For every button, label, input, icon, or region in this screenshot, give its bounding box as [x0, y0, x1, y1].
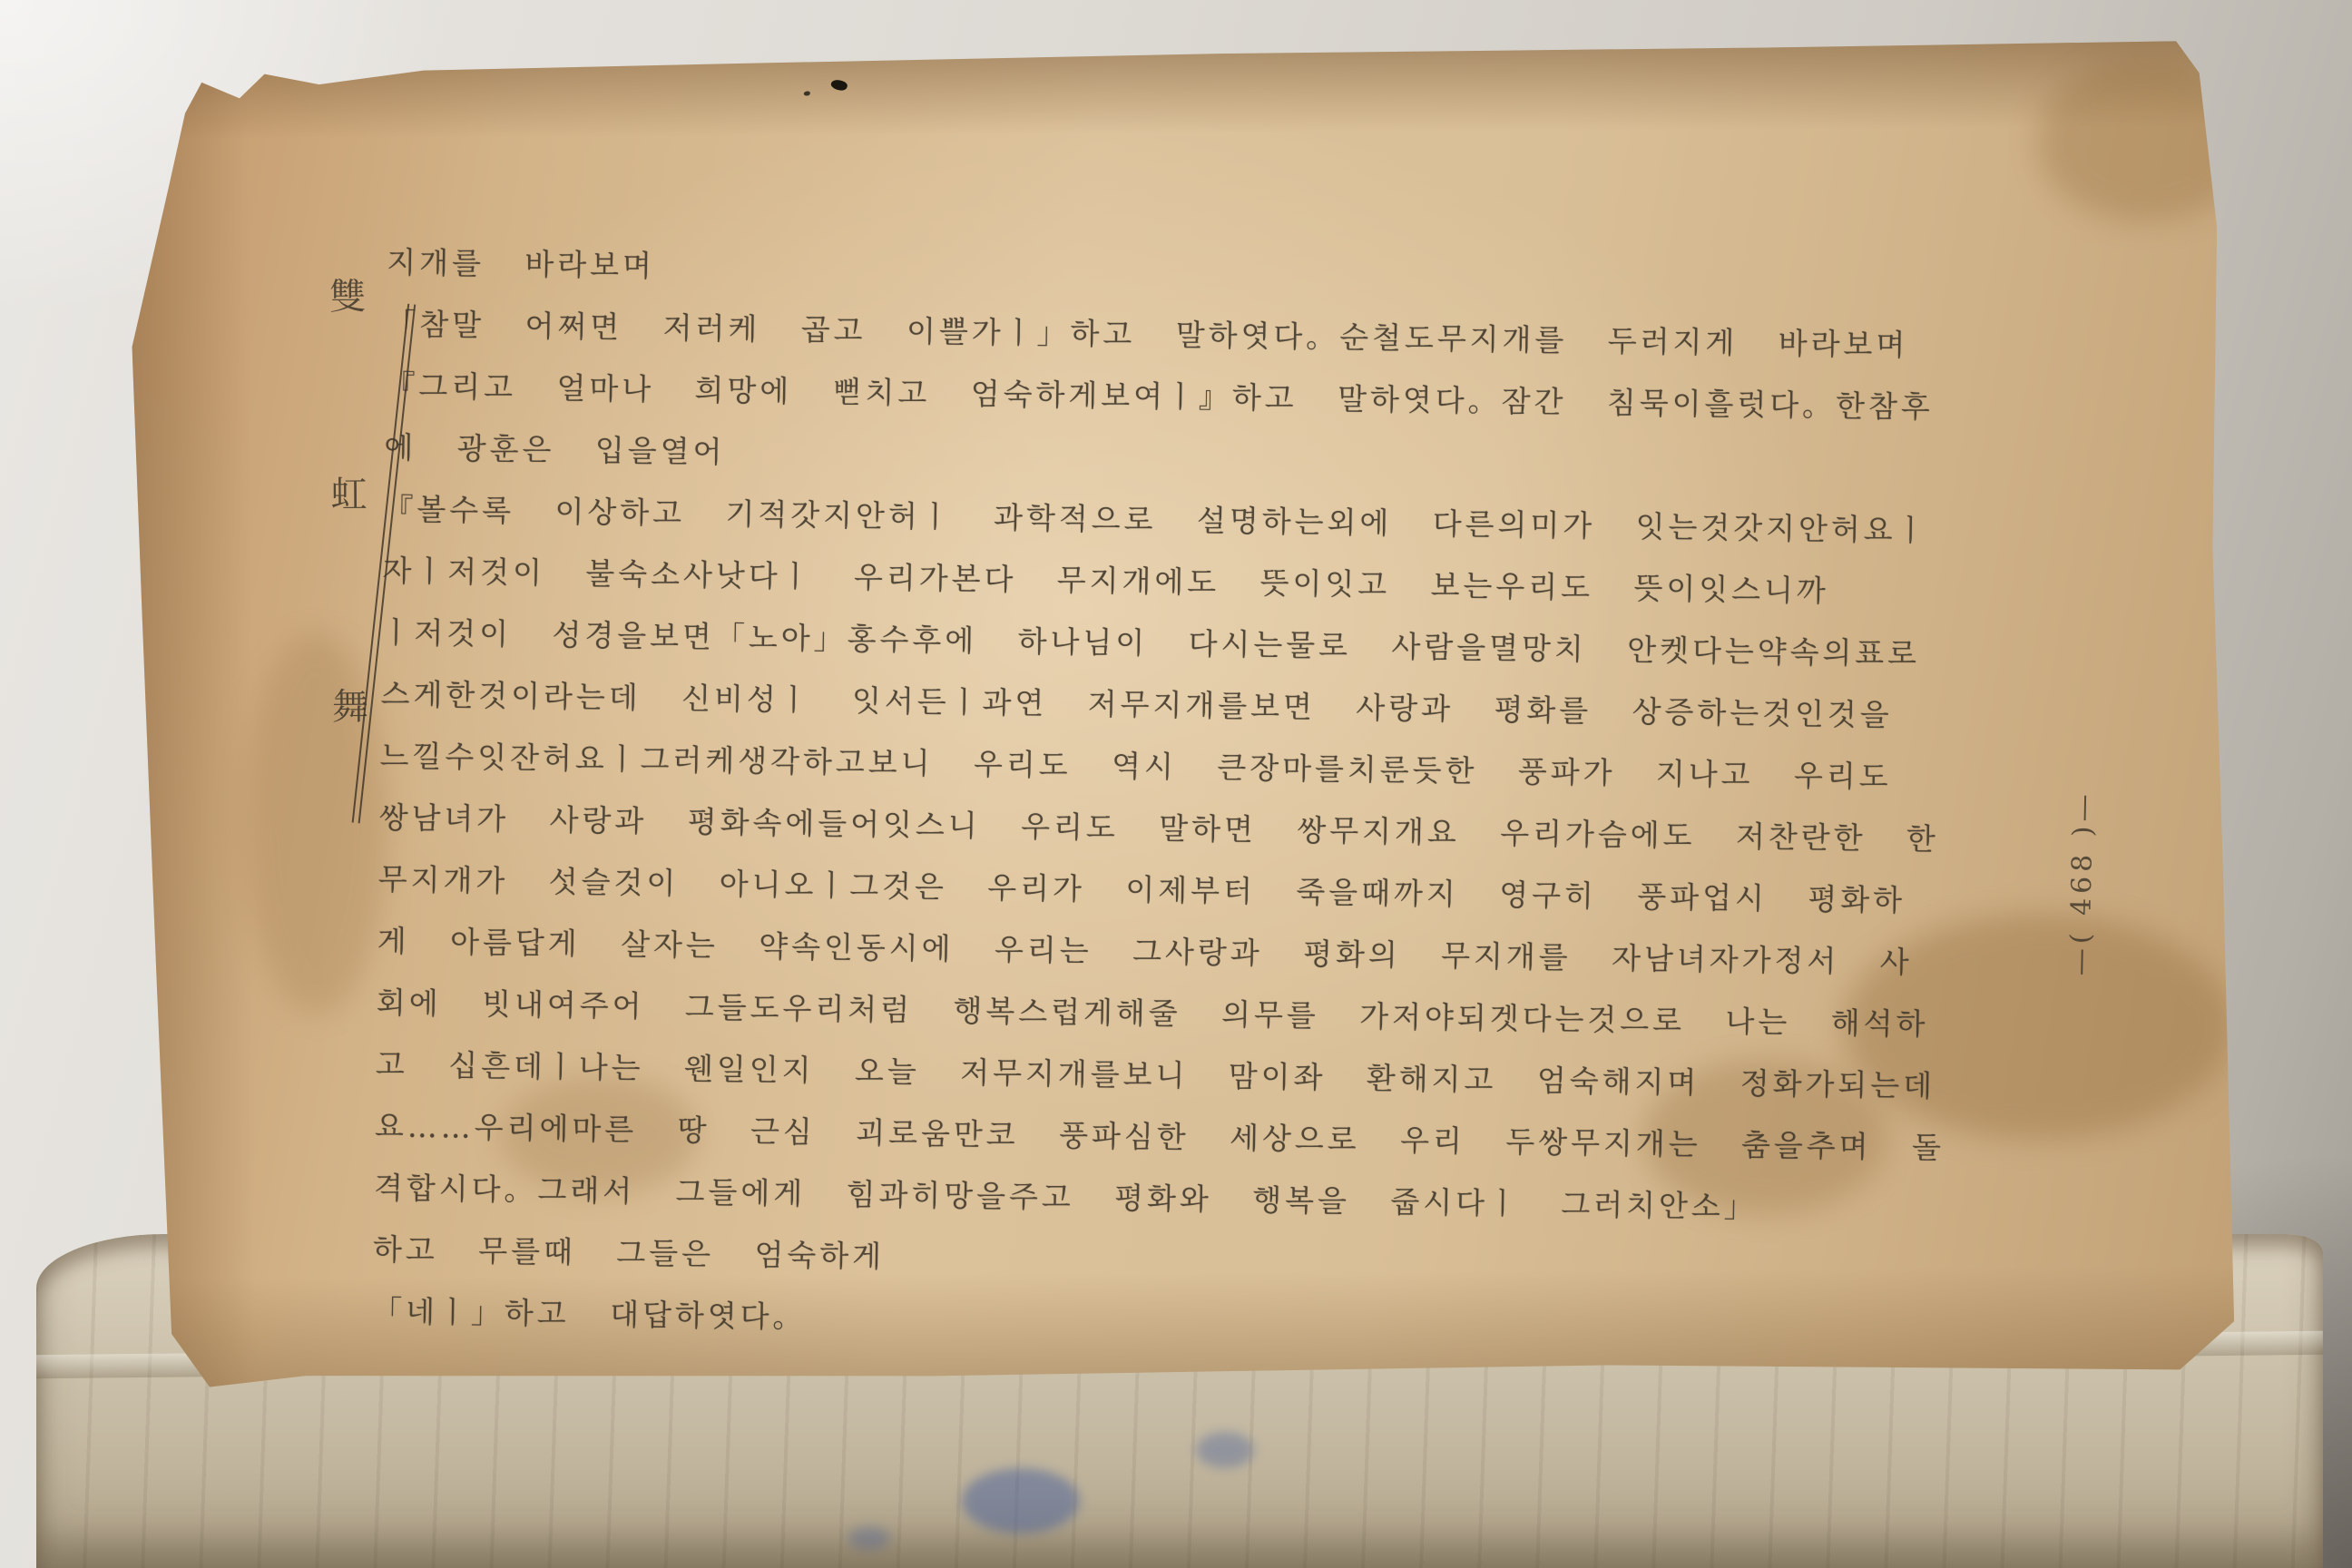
ink-smudge-blue [962, 1468, 1080, 1534]
text-lines: 지개를 바라보며「참말 어쩌면 저러케 곱고 이쁠가ㅣ」하고 말하엿다。순철도무… [372, 231, 2166, 1367]
running-title-char: 虹 [321, 465, 376, 517]
photo-backdrop: 雙虹舞 —( 468 )— 지개를 바라보며「참말 어쩌면 저러케 곱고 이쁠가… [0, 0, 2352, 1568]
ink-smudge-blue [1196, 1432, 1254, 1468]
page-edge-shadow-top [131, 41, 2228, 140]
page-text: 지개를 바라보며「참말 어쩌면 저러케 곱고 이쁠가ㅣ」하고 말하엿다。순철도무… [372, 231, 2166, 1367]
page-edge-shadow-left [131, 53, 257, 1387]
book-page: 雙虹舞 —( 468 )— 지개를 바라보며「참말 어쩌면 저러케 곱고 이쁠가… [131, 41, 2235, 1387]
running-title-char: 雙 [320, 268, 375, 319]
paper-stain [2036, 59, 2255, 223]
ink-smudge-blue [848, 1526, 890, 1550]
